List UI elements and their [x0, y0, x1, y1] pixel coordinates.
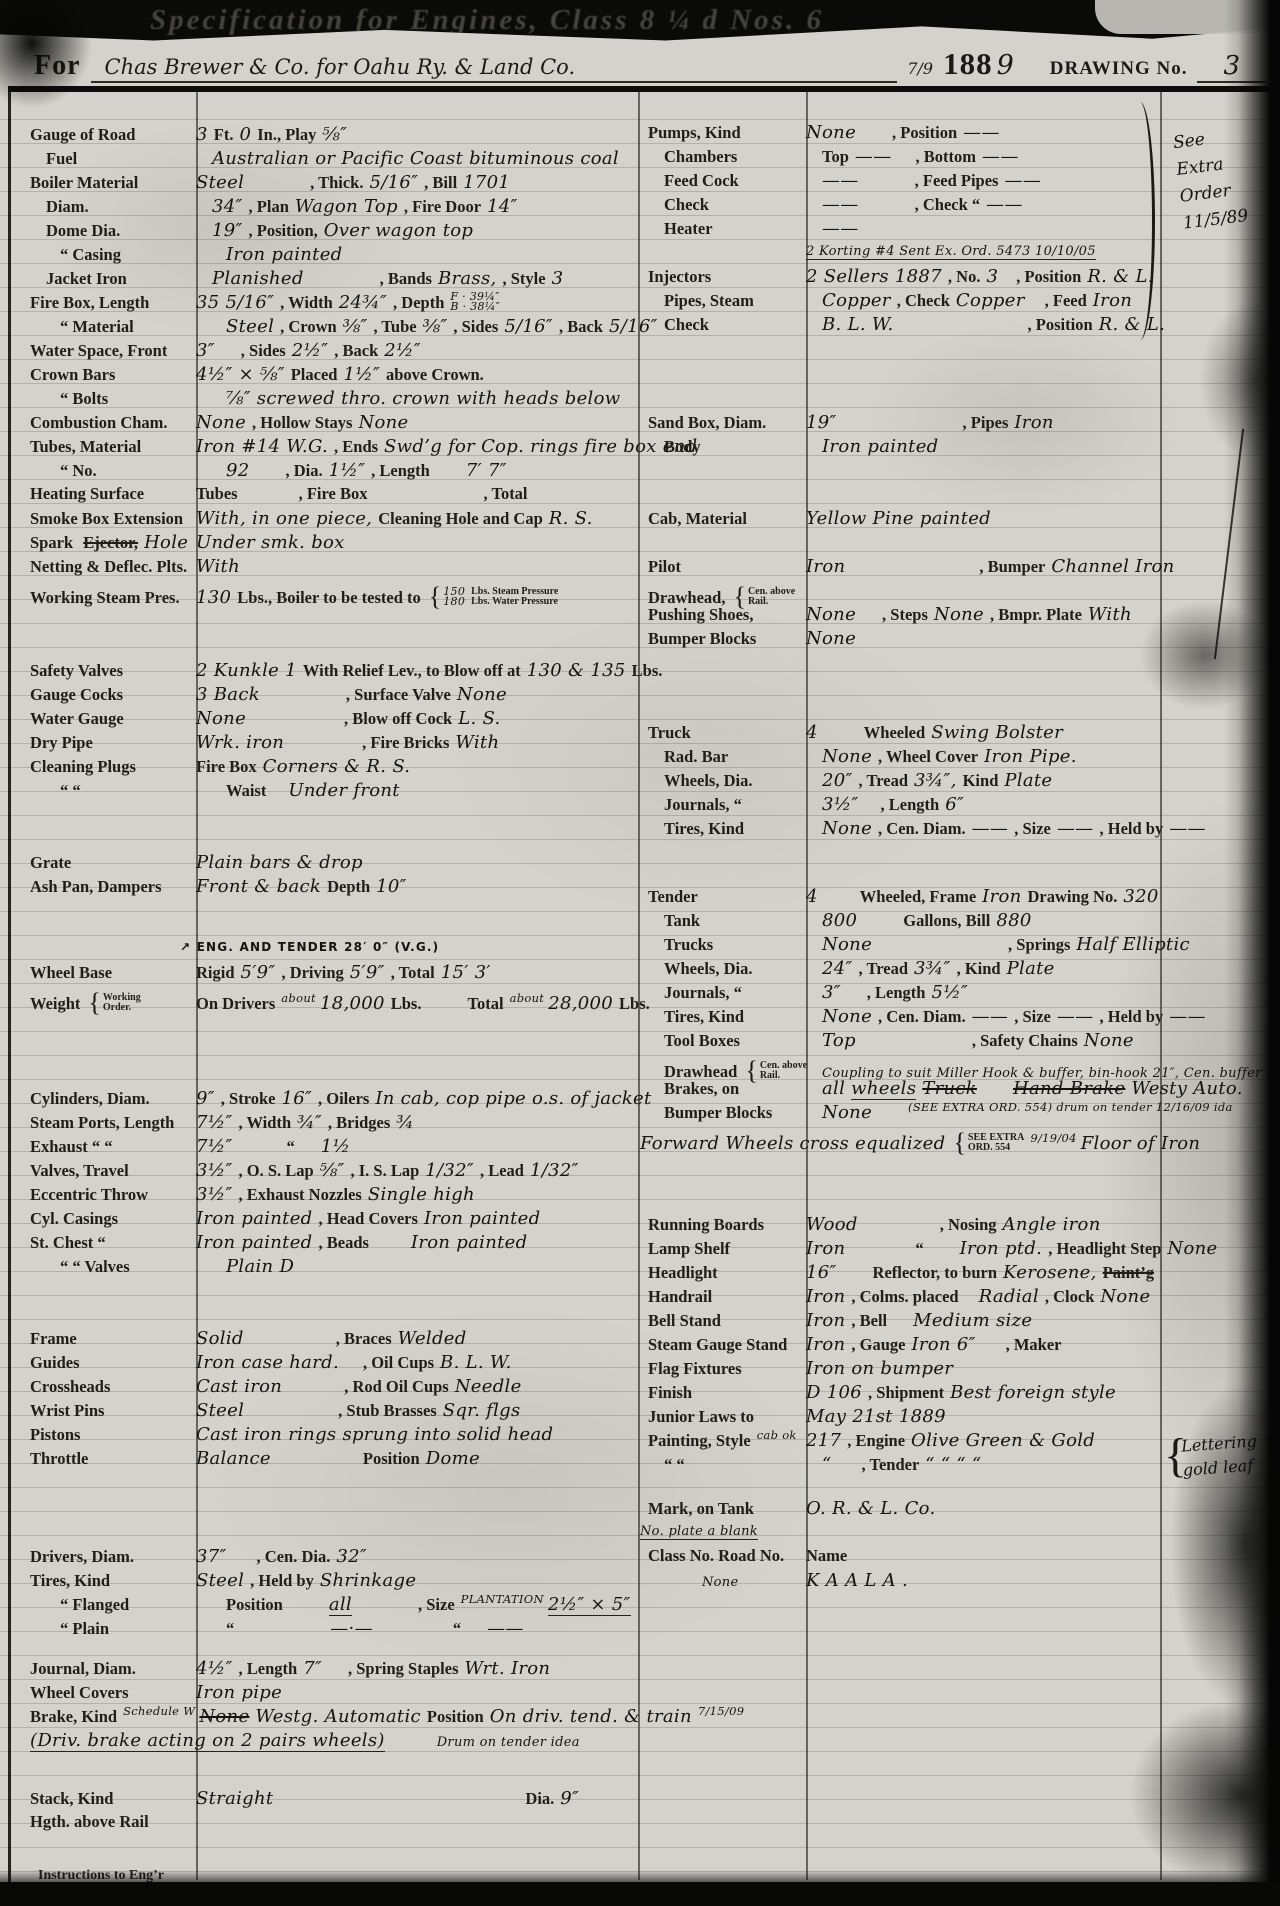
field-value: D 106, ShipmentBest foreign style	[806, 1382, 1208, 1403]
handwritten-text: No. plate a blank	[640, 1524, 758, 1540]
field-value: ↗ ENG. AND TENDER 28′ 0″ (V.G.)	[30, 938, 630, 956]
printed-text: , Nosing	[940, 1215, 997, 1234]
spec-row: Weight{WorkingOrder.On Driversabout18,00…	[30, 986, 630, 1010]
brace-glyph: {	[953, 1128, 965, 1157]
field-label: Guides	[30, 1353, 196, 1373]
printed-text: Junior Laws to	[648, 1407, 754, 1426]
handwritten-text: Iron	[1014, 412, 1053, 433]
handwritten-text: 3½″	[822, 794, 859, 815]
handwritten-text: 1/32″	[530, 1160, 579, 1181]
handwritten-text: Angle iron	[1003, 1214, 1101, 1235]
spec-row: Tires, KindSteel, Held byShrinkage	[30, 1570, 630, 1594]
field-value: 19″, PipesIron	[806, 412, 1208, 433]
field-label: Water Gauge	[30, 709, 196, 729]
field-value: On Driversabout18,000Lbs.Totalabout28,00…	[196, 993, 656, 1014]
field-label: Pilot	[648, 557, 806, 577]
form-section: FrameSolid, BracesWeldedGuidesIron case …	[30, 1328, 630, 1472]
printed-text: Wheeled, Frame	[860, 887, 976, 906]
customer-name: Chas Brewer & Co. for Oahu Ry. & Land Co…	[91, 55, 898, 83]
field-value: (Driv. brake acting on 2 pairs wheels)Dr…	[30, 1730, 630, 1751]
printed-text: , Braces	[336, 1329, 392, 1348]
field-label: Junior Laws to	[648, 1407, 806, 1427]
spec-row: PilotIron, BumperChannel Iron	[648, 556, 1208, 580]
handwritten-text: 16″	[281, 1088, 312, 1109]
spec-row: Steam Gauge StandIron, GaugeIron 6″, Mak…	[648, 1334, 1208, 1358]
brace-glyph: {	[733, 582, 745, 611]
handwritten-text: 7″	[303, 1658, 322, 1679]
handwritten-text: None	[806, 122, 856, 143]
handwritten-text: Steel	[226, 316, 274, 337]
handwritten-text: Iron	[1093, 290, 1132, 311]
field-label: Journal, Diam.	[30, 1659, 196, 1679]
field-label: Journals, “	[648, 983, 822, 1003]
field-label: Pistons	[30, 1425, 196, 1445]
spec-row: FrameSolid, BracesWelded	[30, 1328, 630, 1352]
field-value: ⅞″ screwed thro. crown with heads below	[226, 388, 630, 409]
field-label: Pushing Shoes,	[648, 605, 806, 625]
handwritten-text: 130	[196, 587, 231, 608]
field-label: Check	[648, 315, 822, 335]
handwritten-text: 3 Back	[196, 684, 260, 705]
printed-text: , Springs	[1008, 935, 1070, 954]
spacer	[374, 498, 484, 499]
printed-text: , Style	[503, 269, 546, 288]
printed-text: Wheels, Dia.	[664, 771, 752, 790]
field-value: NoneWestg. AutomaticPositionOn driv. ten…	[199, 1706, 748, 1727]
spec-row: FuelAustralian or Pacific Coast bitumino…	[30, 148, 630, 172]
printed-text: , Tread	[859, 959, 909, 978]
field-label: Diam.	[30, 197, 212, 217]
spacer	[233, 1561, 257, 1562]
printed-text: , Stroke	[221, 1089, 276, 1108]
printed-text: Weight	[30, 994, 80, 1013]
lettering-gold-leaf-note: Lettering gold leaf	[1180, 1429, 1259, 1482]
handwritten-text: None	[1100, 1286, 1150, 1307]
field-value: Iron“Iron ptd., Headlight StepNone	[806, 1238, 1223, 1259]
field-label: Cab, Material	[648, 509, 806, 529]
printed-text: , Exhaust Nozzles	[239, 1185, 362, 1204]
field-value: Iron, BellMedium size	[806, 1310, 1208, 1331]
field-label: “ Plain	[30, 1619, 226, 1639]
field-value: 217, EngineOlive Green & Gold	[806, 1430, 1208, 1451]
form-section: Safety Valves2 Kunkle1With Relief Lev., …	[30, 660, 630, 804]
spacer	[277, 1463, 363, 1464]
spec-row: Stack, KindStraightDia.9″	[30, 1788, 630, 1812]
handwritten-text: Iron	[806, 556, 845, 577]
spec-row: CrossheadsCast iron, Rod Oil CupsNeedle	[30, 1376, 630, 1400]
form-section: Stack, KindStraightDia.9″Hgth. above Rai…	[30, 1788, 630, 1836]
field-value: Rigid5′9″, Driving5′9″, Total15′ 3′	[196, 962, 630, 983]
spec-row: Netting & Deflec. Plts.With	[30, 556, 630, 580]
field-label: Throttle	[30, 1449, 196, 1469]
printed-text: Bumper Blocks	[664, 1103, 772, 1122]
field-label: Hgth. above Rail	[30, 1812, 196, 1832]
printed-text: Gauge Cocks	[30, 685, 123, 704]
printed-text: Tires, Kind	[30, 1571, 110, 1590]
field-label: Sand Box, Diam.	[648, 413, 806, 433]
field-value: Iron painted, BeadsIron painted	[196, 1232, 630, 1253]
printed-text: Crossheads	[30, 1377, 110, 1396]
printed-text: Wheel Covers	[30, 1683, 129, 1702]
spacer	[851, 1253, 915, 1254]
printed-text: Painting, Style	[648, 1431, 751, 1450]
printed-text: Tank	[664, 911, 700, 930]
handwritten-text: Iron	[806, 1334, 845, 1355]
handwritten-text: ——	[972, 1006, 1009, 1027]
printed-text: Journals, “	[664, 795, 742, 814]
printed-text: “ Casing	[60, 245, 121, 264]
handwritten-text: 2 Korting #4 Sent Ex. Ord. 5473 10/10/05	[806, 244, 1096, 260]
printed-text: , Check	[897, 291, 950, 310]
field-value: Plain bars & drop	[196, 852, 630, 873]
spacer	[900, 329, 1028, 330]
spec-row: Junior Laws toMay 21st 1889	[648, 1406, 1208, 1430]
spec-row: Bell StandIron, BellMedium size	[648, 1310, 1208, 1334]
printed-text: , Cen. Diam.	[878, 819, 966, 838]
printed-text: Lbs.	[619, 994, 650, 1013]
spacer	[221, 355, 241, 356]
handwritten-text: 9/19/04	[1030, 1131, 1076, 1145]
printed-text: Stack, Kind	[30, 1789, 113, 1808]
handwritten-text: “ “ “ “	[925, 1454, 981, 1475]
printed-text: , Crown	[280, 317, 337, 336]
handwritten-text: 3	[986, 266, 998, 287]
handwritten-text: None	[199, 1706, 249, 1727]
date-hand: 7/9	[907, 59, 933, 78]
printed-text: , Bottom	[916, 147, 977, 166]
field-label: Heating Surface	[30, 484, 196, 504]
field-label: Bumper Blocks	[648, 1103, 822, 1123]
field-value: K A A L A .	[806, 1570, 1208, 1591]
handwritten-text: 7½″	[196, 1112, 233, 1133]
spec-row: Cab, MaterialYellow Pine painted	[648, 508, 1208, 532]
printed-text: , Length	[239, 1659, 298, 1678]
field-label: Painting, Stylecab ok	[648, 1431, 806, 1451]
handwritten-text: ⅝″	[322, 124, 347, 145]
field-value: None, Cen. Diam.——, Size——, Held by——	[822, 818, 1212, 839]
printed-text: Wheel Base	[30, 963, 112, 982]
printed-text: Netting & Deflec. Plts.	[30, 557, 187, 576]
spacer	[863, 925, 903, 926]
field-label: Lamp Shelf	[648, 1239, 806, 1259]
field-value: Yellow Pine painted	[806, 508, 1208, 529]
field-label: Wheels, Dia.	[648, 959, 822, 979]
stacked-text-line: B · 38¼″	[450, 302, 500, 313]
handwritten-text: Plain D	[226, 1256, 294, 1277]
spacer	[256, 475, 286, 476]
handwritten-text: None	[806, 604, 856, 625]
handwritten-text: 20″	[822, 770, 853, 791]
handwritten-text: Yellow Pine painted	[806, 508, 991, 529]
handwritten-text: Needle	[455, 1376, 522, 1397]
handwritten-text: 800	[822, 910, 857, 931]
handwritten-text: Iron on bumper	[806, 1358, 953, 1379]
field-label: Wheel Base	[30, 963, 196, 983]
printed-text: Jacket Iron	[46, 269, 127, 288]
handwritten-text: Best foreign style	[950, 1382, 1116, 1403]
spacer	[865, 185, 915, 186]
handwritten-text: ——	[1169, 818, 1206, 839]
printed-text: , No.	[948, 267, 981, 286]
spacer	[983, 1093, 1013, 1094]
handwritten-text: 35 5/16″	[196, 292, 274, 313]
handwritten-text: None	[822, 934, 872, 955]
handwritten-text: Iron #14 W.G.	[196, 436, 328, 457]
field-value: 37″, Cen. Dia.32″	[196, 1546, 630, 1567]
field-label: Trucks	[648, 935, 822, 955]
handwritten-text: 880	[996, 910, 1031, 931]
printed-text: On Drivers	[196, 994, 275, 1013]
printed-text: Truck	[648, 723, 691, 742]
printed-text: Diam.	[46, 197, 89, 216]
printed-text: WorkingOrder.	[103, 993, 141, 1014]
handwritten-text: Olive Green & Gold	[911, 1430, 1095, 1451]
spacer	[301, 1151, 321, 1152]
spec-row: ThrottleBalancePositionDome	[30, 1448, 630, 1472]
spec-row: Wheel CoversIron pipe	[30, 1682, 630, 1706]
spec-row: Fire Box, Length35 5/16″, Width24¾″, Dep…	[30, 292, 630, 316]
field-value: 7½″, Width¾″, Bridges¾	[196, 1112, 630, 1133]
spacer	[30, 950, 180, 951]
spacer	[239, 1151, 287, 1152]
printed-text: , Held by	[250, 1571, 314, 1590]
spec-row: Tank800Gallons, Bill880	[648, 910, 1208, 934]
printed-text: , Length	[371, 461, 430, 480]
spacer	[427, 1008, 467, 1009]
field-value: Iron on bumper	[806, 1358, 1208, 1379]
spacer	[865, 209, 915, 210]
handwritten-text: Copper	[956, 290, 1025, 311]
printed-text: Rigid	[196, 963, 235, 982]
handwritten-text: ——	[487, 1618, 524, 1639]
field-value: 130Lbs., Boiler to be tested to{150180Lb…	[196, 580, 630, 610]
field-label: Cleaning Plugs	[30, 757, 196, 777]
printed-text: Tires, Kind	[664, 819, 744, 838]
handwritten-text: all	[822, 1078, 845, 1099]
spec-row: Class No. Road No.Name	[648, 1546, 1208, 1570]
field-label: Feed Cock	[648, 171, 822, 191]
field-value: Top, Safety ChainsNone	[822, 1030, 1208, 1051]
printed-text: , Size	[418, 1595, 455, 1614]
spec-row: Painting, Stylecab ok217, EngineOlive Gr…	[648, 1430, 1208, 1454]
specification-sheet: Specification for Engines, Class 8 ¼ d N…	[0, 0, 1280, 1906]
handwritten-text: 3	[196, 124, 208, 145]
form-section: GratePlain bars & dropAsh Pan, DampersFr…	[30, 852, 630, 900]
field-value: 20″, Tread3¾″,KindPlate	[822, 770, 1208, 791]
printed-text: , Check “	[915, 195, 981, 214]
spacer	[345, 1367, 363, 1368]
printed-text: Smoke Box Extension	[30, 509, 183, 528]
form-section: Sand Box, Diam.19″, PipesIronBodyIron pa…	[648, 412, 1208, 460]
form-section: Pumps, KindNone, Position——ChambersTop——…	[648, 122, 1208, 338]
printed-text: Pipes, Steam	[664, 291, 754, 310]
printed-text: Pilot	[648, 557, 681, 576]
field-value: Iron, BumperChannel Iron	[806, 556, 1208, 577]
printed-text: In., Play	[257, 125, 316, 144]
printed-text: , Length	[867, 983, 926, 1002]
handwritten-text: With, in one piece,	[196, 508, 372, 529]
field-value: Steel, Crown⅜″, Tube⅜″, Sides5/16″, Back…	[226, 316, 664, 337]
form-section: Mark, on TankO. R. & L. Co.No. plate a b…	[648, 1498, 1208, 1594]
handwritten-text: 5/16″	[369, 172, 418, 193]
printed-text: Bumper Blocks	[648, 629, 756, 648]
handwritten-text: Iron Pipe.	[984, 746, 1077, 767]
field-label: Wrist Pins	[30, 1401, 196, 1421]
handwritten-text: 9″	[560, 1788, 579, 1809]
printed-text: Crown Bars	[30, 365, 115, 384]
handwritten-text: Cast iron	[196, 1376, 282, 1397]
handwritten-text: ↗ ENG. AND TENDER 28′ 0″ (V.G.)	[180, 940, 439, 954]
field-label: Headlight	[648, 1263, 806, 1283]
printed-text: Gallons, Bill	[903, 911, 990, 930]
spacer	[240, 1633, 330, 1634]
printed-text: Position	[427, 1707, 484, 1726]
spec-row: PistonsCast iron rings sprung into solid…	[30, 1424, 630, 1448]
printed-text: , Feed	[1045, 291, 1087, 310]
printed-text: Pumps, Kind	[648, 123, 741, 142]
spacer	[982, 1349, 1006, 1350]
field-value: 3½″, Exhaust NozzlesSingle high	[196, 1184, 630, 1205]
handwritten-text: 5′9″	[241, 962, 276, 983]
field-label: Steam Gauge Stand	[648, 1335, 806, 1355]
handwritten-text: 0	[239, 124, 251, 145]
ink-blob	[1200, 300, 1280, 460]
field-label: Cyl. Casings	[30, 1209, 196, 1229]
field-label: Valves, Travel	[30, 1161, 196, 1181]
stacked-text-line: Order.	[103, 1003, 141, 1014]
printed-text: Working Steam Pres.	[30, 588, 180, 607]
printed-text: Lbs. Steam PressureLbs. Water Pressure	[471, 587, 558, 608]
printed-text: Journal, Diam.	[30, 1659, 136, 1678]
field-label: Tool Boxes	[648, 1031, 822, 1051]
spec-row: Lamp ShelfIron“Iron ptd., Headlight Step…	[648, 1238, 1208, 1262]
printed-text: Chambers	[664, 147, 737, 166]
field-label: “ “ Valves	[30, 1257, 226, 1277]
handwritten-text: 9″	[196, 1088, 215, 1109]
handwritten-text: 150180	[443, 587, 465, 608]
handwritten-text: Wagon Top	[295, 196, 398, 217]
printed-text: , Tube	[373, 317, 416, 336]
field-value: With, in one piece,Cleaning Hole and Cap…	[196, 508, 630, 529]
printed-text: , Back	[559, 317, 603, 336]
spacer	[375, 1247, 411, 1248]
form-section: Gauge of Road3Ft.0In., Play⅝″FuelAustral…	[30, 124, 630, 604]
printed-text: Grate	[30, 853, 71, 872]
divider-center	[638, 92, 640, 1880]
printed-text: “	[915, 1239, 923, 1258]
handwritten-text: 5/16″	[504, 316, 553, 337]
handwritten-text: Balance	[196, 1448, 271, 1469]
field-value: 3½″, Length6″	[822, 794, 1208, 815]
handwritten-text: Truck	[922, 1078, 977, 1099]
handwritten-text: 37″	[196, 1546, 227, 1567]
printed-text: “	[453, 1619, 461, 1638]
handwritten-text: 7′ 7″	[466, 460, 507, 481]
handwritten-text: cab ok	[757, 1428, 797, 1442]
field-value: None, SpringsHalf Elliptic	[822, 934, 1208, 955]
field-value: 19″, Position,Over wagon top	[212, 220, 630, 241]
spec-row: BodyIron painted	[648, 436, 1208, 460]
handwritten-text: None	[822, 746, 872, 767]
printed-text: “ “	[664, 1455, 685, 1474]
handwritten-text: Hole	[144, 532, 188, 553]
spec-row: Feed Cock——, Feed Pipes——	[648, 170, 1208, 194]
printed-text: , Oil Cups	[363, 1353, 434, 1372]
field-value: None, Cen. Diam.——, Size——, Held by——	[822, 1006, 1212, 1027]
spec-row: Journals, “3″, Length5½″	[648, 982, 1208, 1006]
brace-glyph: {	[88, 988, 100, 1017]
printed-text: , Fire Bricks	[362, 733, 449, 752]
spec-row: GuidesIron case hard., Oil CupsB. L. W.	[30, 1352, 630, 1376]
spacer	[272, 795, 288, 796]
handwritten-text: Iron	[806, 1310, 845, 1331]
printed-text: Gauge of Road	[30, 125, 135, 144]
field-value: WaistUnder front	[226, 780, 630, 801]
spec-row: Pumps, KindNone, Position——	[648, 122, 1208, 146]
printed-text: Trucks	[664, 935, 713, 954]
year-digit-hand: 9	[997, 50, 1014, 81]
field-label: “ Casing	[30, 245, 226, 265]
form-section: PilotIron, BumperChannel IronDrawhead,{C…	[648, 556, 1208, 652]
handwritten-text: drum on tender 12/16/09 ida	[1056, 1100, 1232, 1114]
handwritten-text: ——	[822, 170, 859, 191]
handwritten-text: Iron ptd.	[960, 1238, 1043, 1259]
stacked-text-line: ORD. 554	[968, 1143, 1024, 1154]
printed-text: , Driving	[281, 963, 343, 982]
printed-text: Bell Stand	[648, 1311, 721, 1330]
field-label: Pipes, Steam	[648, 291, 822, 311]
printed-text: , Size	[1014, 1007, 1051, 1026]
spacer	[358, 1609, 418, 1610]
handwritten-text: ——	[963, 122, 1000, 143]
printed-text: St. Chest “	[30, 1233, 106, 1252]
printed-text: , Beads	[318, 1233, 368, 1252]
handwritten-text: Wrk. iron	[196, 732, 284, 753]
field-value: None, StepsNone, Bmpr. PlateWith	[806, 604, 1208, 625]
handwritten-text: —·—	[330, 1618, 373, 1639]
printed-text: “	[287, 1137, 295, 1156]
handwritten-text: Under front	[288, 780, 400, 801]
spacer	[391, 1745, 437, 1746]
printed-text: Rad. Bar	[664, 747, 728, 766]
spec-row: Forward Wheels cross equalized{SEE EXTRA…	[648, 1126, 1208, 1150]
field-value: None, Blow off CockL. S.	[196, 708, 630, 729]
spec-row: Tender4Wheeled, FrameIronDrawing No.320	[648, 886, 1208, 910]
spec-row: “ MaterialSteel, Crown⅜″, Tube⅜″, Sides5…	[30, 316, 630, 340]
field-value: Wrk. iron, Fire BricksWith	[196, 732, 630, 753]
field-label: Rad. Bar	[648, 747, 822, 767]
spacer	[878, 949, 1008, 950]
spec-row: Smoke Box ExtensionWith, in one piece,Cl…	[30, 508, 630, 532]
field-value: Solid, BracesWelded	[196, 1328, 630, 1349]
printed-text: , Stub Brasses	[338, 1401, 437, 1420]
printed-text: Tubes	[196, 484, 238, 503]
handwritten-text: 2 Kunkle	[196, 660, 279, 681]
field-label: Eccentric Throw	[30, 1185, 196, 1205]
printed-text: Wheels, Dia.	[664, 959, 752, 978]
printed-text: Eccentric Throw	[30, 1185, 148, 1204]
field-value: 92, Dia.1½″, Length7′ 7″	[226, 460, 630, 481]
printed-text: Drivers, Diam.	[30, 1547, 134, 1566]
field-value: O. R. & L. Co.	[806, 1498, 1208, 1519]
printed-text: , Sides	[453, 317, 498, 336]
handwritten-text: Wood	[806, 1214, 858, 1235]
field-value: Iron, GaugeIron 6″, Maker	[806, 1334, 1208, 1355]
field-value: Steel, Thick.5/16″, Bill1701	[196, 172, 630, 193]
handwritten-text: 7½″	[196, 1136, 233, 1157]
spacer	[851, 571, 979, 572]
spacer	[244, 498, 299, 499]
